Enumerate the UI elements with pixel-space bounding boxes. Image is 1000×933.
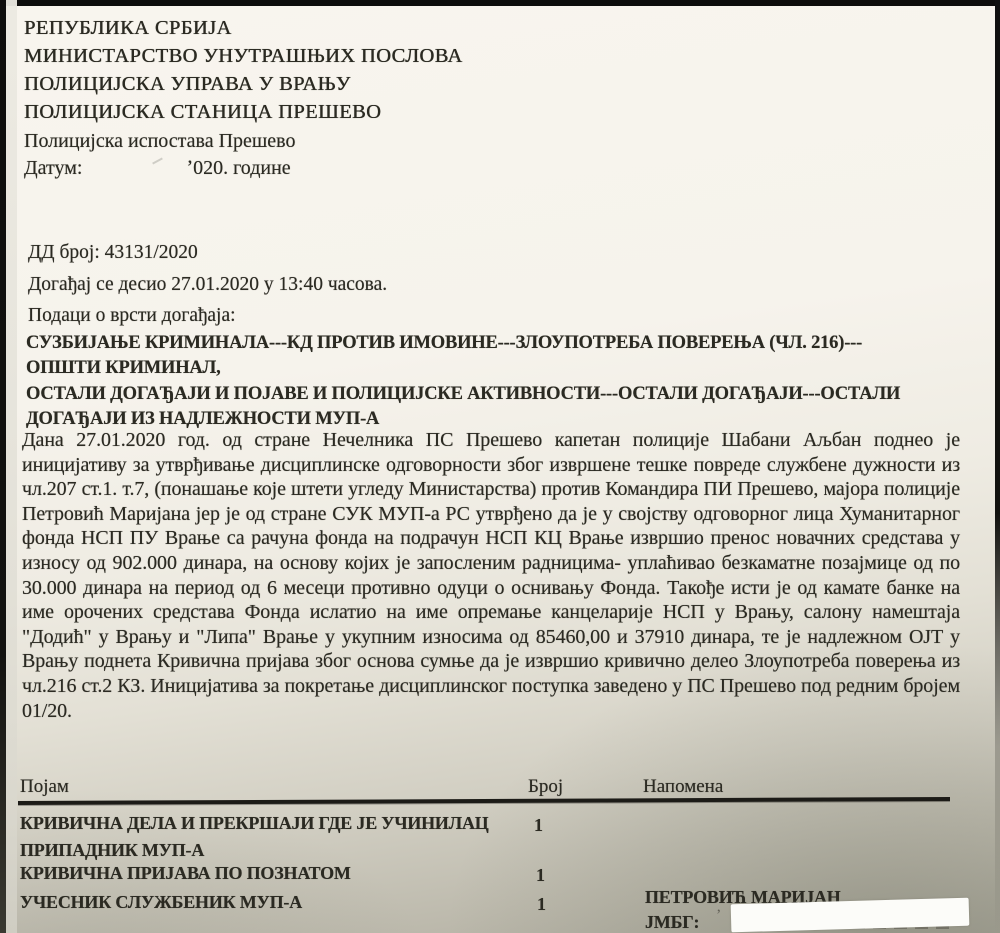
event-type-block: СУЗБИЈАЊЕ КРИМИНАЛА---КД ПРОТИВ ИМОВИНЕ-…	[26, 331, 966, 433]
letterhead-ministry: МИНИСТАРСТВО УНУТРАШЊИХ ПОСЛОВА	[24, 42, 463, 70]
dd-number: ДД број: 43131/2020	[28, 242, 198, 264]
table-row-count: 1	[537, 891, 546, 918]
date-label: Датум:	[24, 157, 82, 179]
date-line: Датум:ʼ020. године	[24, 155, 463, 181]
letterhead-police-station: ПОЛИЦИЈСКА СТАНИЦА ПРЕШЕВО	[24, 98, 463, 126]
photo-border-right	[995, 0, 1000, 933]
jmbg-label: ЈМБГ:	[645, 909, 699, 933]
event-type-line: СУЗБИЈАЊЕ КРИМИНАЛА---КД ПРОТИВ ИМОВИНЕ-…	[26, 331, 966, 356]
event-type-line: ОПШТИ КРИМИНАЛ,	[26, 356, 966, 381]
jmbg-stray-mark: ʼ	[716, 907, 721, 925]
event-type-line: ОСТАЛИ ДОГАЂАЈИ И ПОЈАВЕ И ПОЛИЦИЈСКЕ АК…	[26, 382, 966, 407]
letterhead-police-directorate: ПОЛИЦИЈСКА УПРАВА У ВРАЊУ	[24, 70, 463, 98]
table-row-pojam: КРИВИЧНА ПРИЈАВА ПО ПОЗНАТОМ	[20, 860, 520, 887]
photo-border-top	[0, 0, 1000, 6]
date-value: ʼ020. године	[186, 157, 290, 179]
letterhead: РЕПУБЛИКА СРБИЈА МИНИСТАРСТВО УНУТРАШЊИХ…	[24, 14, 463, 181]
event-time-line: Догађај се десио 27.01.2020 у 13:40 часо…	[28, 274, 387, 296]
letterhead-substation: Полицијска испостава Прешево	[24, 128, 463, 154]
letterhead-republic: РЕПУБЛИКА СРБИЈА	[24, 14, 463, 42]
table-header-rule	[18, 797, 950, 805]
table-header-broj: Број	[528, 776, 563, 798]
narrative-paragraph: Дана 27.01.2020 год. од стране Нечелника…	[22, 428, 960, 723]
table-header-pojam: Појам	[20, 776, 69, 798]
page-edge-gutter	[6, 0, 17, 933]
table-row-count: 1	[536, 862, 545, 889]
event-type-heading: Подаци о врсти догађаја:	[28, 305, 236, 327]
table-row-count: 1	[534, 812, 543, 839]
document-page: РЕПУБЛИКА СРБИЈА МИНИСТАРСТВО УНУТРАШЊИХ…	[0, 0, 1000, 933]
table-row-pojam: КРИВИЧНА ДЕЛА И ПРЕКРШАЈИ ГДЕ ЈЕ УЧИНИЛА…	[20, 810, 520, 864]
table-header-napomena: Напомена	[643, 776, 723, 798]
table-row-pojam: УЧЕСНИК СЛУЖБЕНИК МУП-А	[20, 889, 520, 916]
